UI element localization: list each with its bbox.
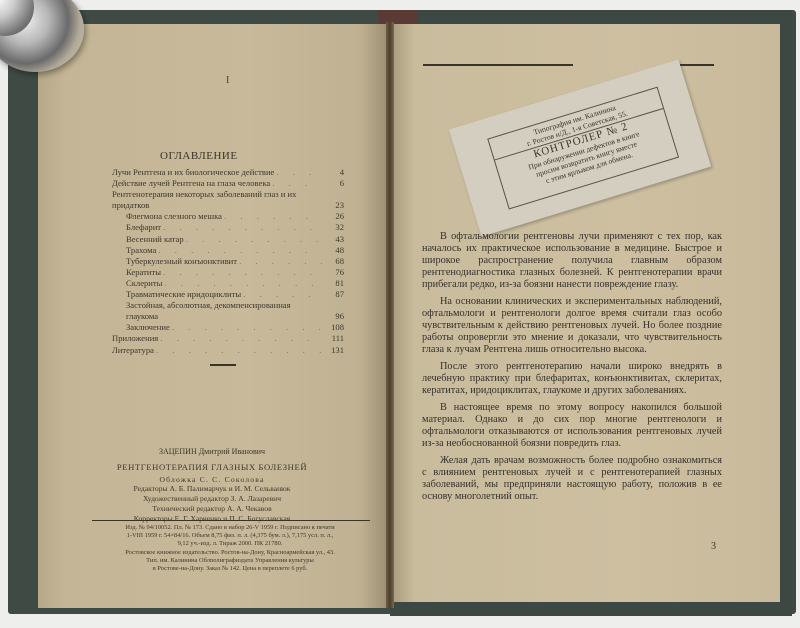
toc-entry: Весенний катар . . . . . . . . . . . . .… — [112, 234, 344, 245]
toc-entry-page: 96 — [322, 311, 344, 322]
toc-leader: . . . . . . . . . . . . . . . . — [172, 322, 322, 332]
toc-entry: Рентгенотерапия некоторых заболеваний гл… — [112, 189, 344, 211]
toc-leader: . . . . . . . . . . . . . . . . — [224, 211, 322, 221]
toc-entry-page: 111 — [322, 333, 344, 344]
toc-entry-label: Трахома . . . . . . . . . . . . . . . . — [126, 245, 322, 256]
header-rule — [423, 64, 573, 66]
imprint-title: РЕНТГЕНОТЕРАПИЯ ГЛАЗНЫХ БОЛЕЗНЕЙ — [62, 463, 362, 473]
imprint-proofreaders: Корректоры Е. Г. Харченко и П. С. Богусл… — [62, 514, 362, 524]
toc-entry: Застойная, абсолютная, декомпенсированна… — [112, 300, 344, 322]
page-weight-cap — [0, 0, 34, 36]
toc-entry-page: 108 — [322, 322, 344, 333]
toc-entry-label: Блефарит . . . . . . . . . . . . . . . . — [126, 222, 322, 233]
toc-entry: Склериты . . . . . . . . . . . . . . . .… — [112, 278, 344, 289]
toc-leader: . . . . . . . . . . . . . . . . — [165, 278, 322, 288]
toc-entry-label: Лучи Рентгена и их биологическое действи… — [112, 167, 322, 178]
divider — [210, 364, 236, 366]
publishing-line: Тип. им. Калинина Облполиграфиздата Упра… — [92, 557, 368, 565]
toc-entry: Травматические иридоциклиты . . . . . . … — [112, 289, 344, 300]
toc-entry: Лучи Рентгена и их биологическое действи… — [112, 167, 344, 178]
toc-entry: Блефарит . . . . . . . . . . . . . . . .… — [112, 222, 344, 233]
toc-entry: Приложения . . . . . . . . . . . . . . .… — [112, 333, 344, 344]
toc-entry: Действие лучей Рентгена на глаза человек… — [112, 178, 344, 189]
toc-entry-page: 68 — [322, 256, 344, 267]
toc-entry-page: 6 — [322, 178, 344, 189]
toc-entry: Заключение . . . . . . . . . . . . . . .… — [112, 322, 344, 333]
toc-entry-label: Действие лучей Рентгена на глаза человек… — [112, 178, 322, 189]
toc-entry-page: 81 — [322, 278, 344, 289]
toc-entry-page: 32 — [322, 222, 344, 233]
paragraph: После этого рентгенотерапию начали широк… — [422, 361, 722, 397]
paragraph: На основании клинических и экспериментал… — [422, 296, 722, 356]
toc-entry-label: Туберкулезный конъюнктивит . . . . . . .… — [126, 256, 322, 267]
toc-entry-label: Склериты . . . . . . . . . . . . . . . . — [126, 278, 322, 289]
toc-leader: . . . . . . . . . . . . . . . . — [160, 333, 322, 343]
toc-entry: Литература . . . . . . . . . . . . . . .… — [112, 345, 344, 356]
toc-entry-page: 26 — [322, 211, 344, 222]
publishing-line: 9,12 уч.-изд. л. Тираж 2000. ПК 21780. — [92, 540, 368, 548]
toc-entry-page: 43 — [322, 234, 344, 245]
publishing-line: в Ростове-на-Дону. Заказ № 142. Цена в п… — [92, 565, 368, 573]
toc-leader: . . . . . . . . . . . . . . . . — [243, 289, 322, 299]
toc-entry: Кератиты . . . . . . . . . . . . . . . .… — [112, 267, 344, 278]
toc-entry-page: 131 — [322, 345, 344, 356]
toc-entry-label: Застойная, абсолютная, декомпенсированна… — [126, 300, 322, 322]
imprint-editors: Редакторы А. Б. Палимарчук и И. М. Сельв… — [62, 484, 362, 494]
toc-entry-label: Травматические иридоциклиты . . . . . . … — [126, 289, 322, 300]
imprint-art-editor: Художественный редактор З. А. Лазаревич — [62, 494, 362, 504]
page-marker: I — [226, 75, 229, 86]
toc-entry-page: 4 — [322, 167, 344, 178]
paragraph: Желая дать врачам возможность более подр… — [422, 455, 722, 503]
body-text: В офтальмологии рентгеновы лучи применяю… — [422, 231, 722, 508]
imprint-divider — [92, 520, 370, 521]
toc-leader: . . . . . . . . . . . . . . . . — [163, 267, 322, 277]
toc-entry-label: Кератиты . . . . . . . . . . . . . . . . — [126, 267, 322, 278]
toc-title: ОГЛАВЛЕНИЕ — [160, 150, 238, 162]
paragraph: В офтальмологии рентгеновы лучи применяю… — [422, 231, 722, 291]
toc-entry-label: Флегмона слезного мешка . . . . . . . . … — [126, 211, 322, 222]
toc-entry-label: Заключение . . . . . . . . . . . . . . .… — [126, 322, 322, 333]
toc-entry-page: 23 — [322, 200, 344, 211]
book-gutter — [386, 22, 394, 608]
publishing-line: Ростовское книжное издательство. Ростов-… — [92, 549, 368, 557]
toc-entry: Туберкулезный конъюнктивит . . . . . . .… — [112, 256, 344, 267]
toc-leader: . . . . . . . . . . . . . . . . — [158, 245, 322, 255]
toc-leader: . . . . . . . . . . . . . . . . — [186, 234, 322, 244]
toc-entry-label: Литература . . . . . . . . . . . . . . .… — [112, 345, 322, 356]
paragraph: В настоящее время по этому вопросу накоп… — [422, 402, 722, 450]
toc-entry-page: 48 — [322, 245, 344, 256]
toc-leader: . . . . . . . . . . . . . . . . — [239, 256, 322, 266]
toc-entry: Трахома . . . . . . . . . . . . . . . .4… — [112, 245, 344, 256]
toc-entry-label: Приложения . . . . . . . . . . . . . . .… — [112, 333, 322, 344]
imprint-tech-editor: Технический редактор А. А. Чекавов — [62, 504, 362, 514]
imprint-cover: Обложка С. С. Соколова — [62, 475, 362, 485]
page-number: 3 — [711, 541, 716, 552]
toc-leader: . . . . . . . . . . . . . . . . — [163, 222, 322, 232]
toc-leader: . . . . . . . . . . . . . . . . — [156, 345, 322, 355]
toc-leader: . . . . . . . . . . . . . . . . — [272, 178, 322, 188]
toc-leader: . . . . . . . . . . . . . . . . — [277, 167, 322, 177]
table-of-contents: Лучи Рентгена и их биологическое действи… — [112, 167, 344, 356]
publishing-line: Изд. № 94/10052. Пл. № 173. Сдано в набо… — [92, 524, 368, 532]
toc-entry: Флегмона слезного мешка . . . . . . . . … — [112, 211, 344, 222]
toc-entry-label: Рентгенотерапия некоторых заболеваний гл… — [112, 189, 322, 211]
toc-entry-label: Весенний катар . . . . . . . . . . . . .… — [126, 234, 322, 245]
toc-entry-page: 76 — [322, 267, 344, 278]
imprint-author: ЗАЦЕПИН Дмитрий Иванович — [62, 447, 362, 457]
imprint: ЗАЦЕПИН Дмитрий Иванович РЕНТГЕНОТЕРАПИЯ… — [62, 447, 362, 524]
publishing-details: Изд. № 94/10052. Пл. № 173. Сдано в набо… — [92, 524, 368, 573]
publishing-line: 1-VIII 1959 г. 54×84/16. Объем 8,75 физ.… — [92, 532, 368, 540]
toc-entry-page: 87 — [322, 289, 344, 300]
